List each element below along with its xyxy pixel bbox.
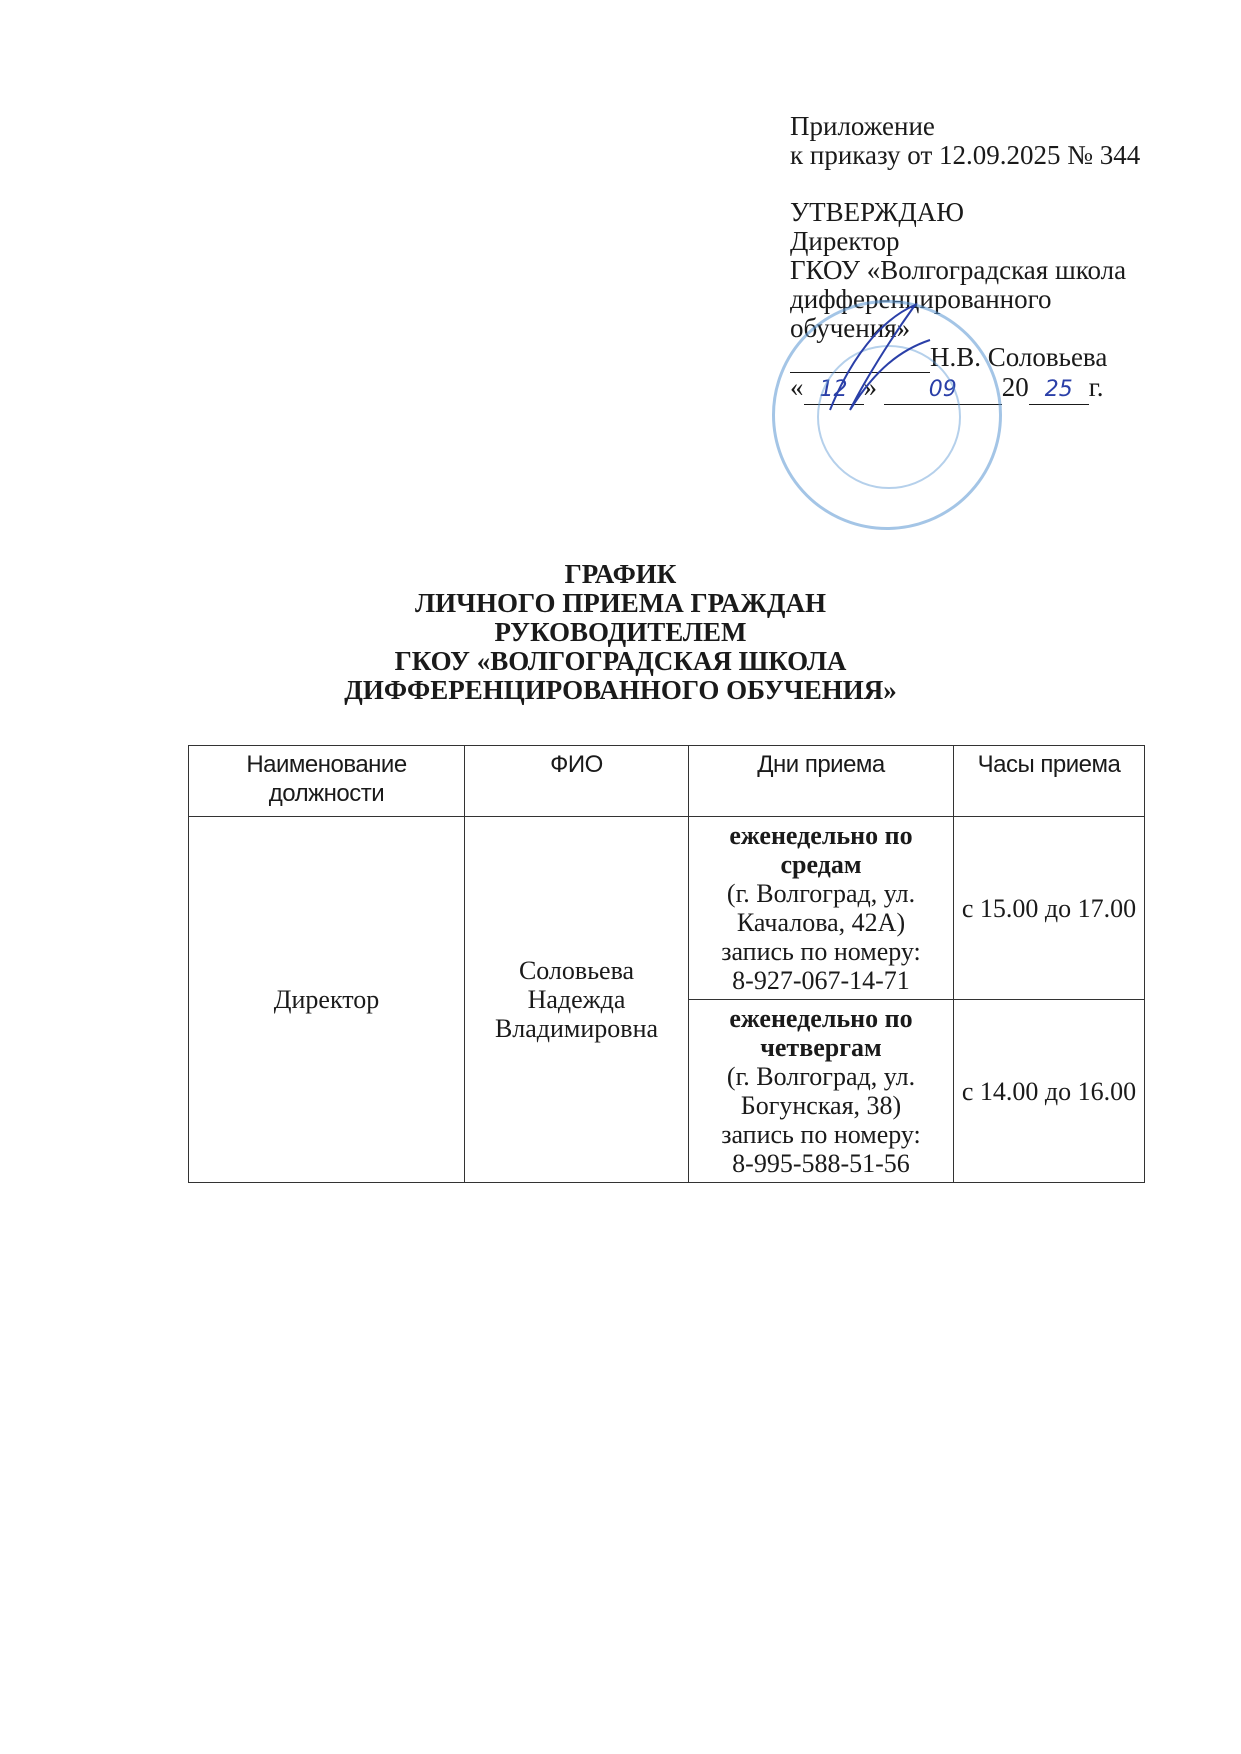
cell-days: еженедельно по четвергам (г. Волгоград, … <box>689 1000 954 1183</box>
approver-position: Директор <box>790 227 1140 256</box>
table-row: Директор Соловьева Надежда Владимировна … <box>189 817 1145 1000</box>
cell-hours: с 15.00 до 17.00 <box>954 817 1145 1000</box>
cell-hours: с 14.00 до 16.00 <box>954 1000 1145 1183</box>
phone-number: 8-995-588-51-56 <box>695 1149 947 1178</box>
appendix-reference: к приказу от 12.09.2025 № 344 <box>790 141 1140 170</box>
header-position: Наименование должности <box>189 746 465 817</box>
appendix-title: Приложение <box>790 112 1140 141</box>
cell-position: Директор <box>189 817 465 1183</box>
header-name: ФИО <box>465 746 689 817</box>
cell-full-name: Соловьева Надежда Владимировна <box>465 817 689 1183</box>
header-days: Дни приема <box>689 746 954 817</box>
handwritten-signature <box>820 300 940 420</box>
date-year: 25 <box>1029 373 1089 405</box>
cell-days: еженедельно по средам (г. Волгоград, ул.… <box>689 817 954 1000</box>
reception-schedule-table: Наименование должности ФИО Дни приема Ча… <box>188 745 1145 1183</box>
org-name-line-1: ГКОУ «Волгоградская школа <box>790 256 1140 285</box>
table-header-row: Наименование должности ФИО Дни приема Ча… <box>189 746 1145 817</box>
approve-label: УТВЕРЖДАЮ <box>790 198 1140 227</box>
phone-number: 8-927-067-14-71 <box>695 966 947 995</box>
document-title: ГРАФИК ЛИЧНОГО ПРИЕМА ГРАЖДАН РУКОВОДИТЕ… <box>0 560 1241 705</box>
header-hours: Часы приема <box>954 746 1145 817</box>
